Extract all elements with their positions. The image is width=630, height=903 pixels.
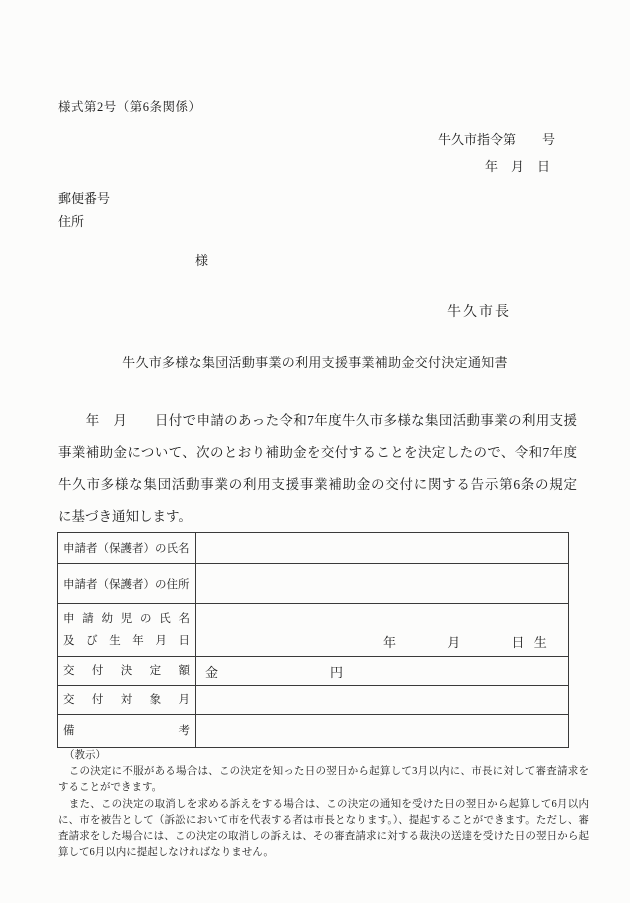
- note-line: この決定に不服がある場合は、この決定を知った日の翌日から起算して3月以内に、市長…: [58, 764, 589, 780]
- document-title: 牛久市多様な集団活動事業の利用支援事業補助金交付決定通知書: [0, 352, 630, 371]
- amount-prefix: 金: [205, 662, 218, 681]
- grant-table: 申請者（保護者）の氏名 申請者（保護者）の住所 申請幼児の氏名 及び生年月日 年…: [57, 532, 569, 748]
- body-line: 事業補助金について、次のとおり補助金を交付することを決定したので、令和7年度: [58, 437, 577, 469]
- table-row-child-name-dob: 申請幼児の氏名 及び生年月日 年 月 日 生: [58, 603, 568, 656]
- note-line: また、この決定の取消しを求める訴えをする場合は、この決定の通知を受けた日の翌日か…: [58, 797, 589, 813]
- amount-suffix: 円: [330, 662, 343, 681]
- row-label: 交付決定額: [58, 657, 196, 685]
- form-number: 様式第2号（第6条関係）: [58, 97, 202, 115]
- document-page: 様式第2号（第6条関係） 牛久市指令第 号 年 月 日 郵便番号 住所 様 牛久…: [0, 0, 630, 903]
- table-row-remarks: 備考: [58, 714, 568, 747]
- dob-month-label: 月: [447, 632, 460, 651]
- table-row-grant-amount: 交付決定額 金 円: [58, 656, 568, 685]
- body-paragraph: 年 月 日付で申請のあった令和7年度牛久市多様な集団活動事業の利用支援 事業補助…: [58, 405, 577, 533]
- applicant-address-field: [196, 564, 568, 603]
- grant-amount-field: 金 円: [196, 657, 568, 685]
- remarks-field: [196, 715, 568, 747]
- row-label: 申請者（保護者）の氏名: [58, 533, 196, 563]
- dob-year-label: 年: [383, 632, 396, 651]
- note-line: 算して6月以内に提起しなければなりません。: [58, 845, 589, 861]
- addressee-honorific: 様: [195, 250, 208, 269]
- body-line: 年 月 日付で申請のあった令和7年度牛久市多様な集団活動事業の利用支援: [58, 405, 577, 437]
- dob-birth-label: 生: [534, 632, 547, 651]
- directive-number: 牛久市指令第 号: [438, 129, 555, 148]
- note-line: 査請求をした場合には、この決定の取消しの訴えは、その審査請求に対する裁決の送達を…: [58, 829, 589, 845]
- applicant-name-field: [196, 533, 568, 563]
- note-line: することができます。: [58, 780, 589, 796]
- grant-months-field: [196, 686, 568, 714]
- dob-day-label: 日: [512, 632, 525, 651]
- table-row-grant-months: 交付対象月: [58, 685, 568, 714]
- postal-code-label: 郵便番号: [58, 188, 110, 207]
- note-heading: （教示）: [58, 748, 589, 764]
- row-label: 申請幼児の氏名 及び生年月日: [58, 604, 196, 656]
- row-label: 申請者（保護者）の住所: [58, 564, 196, 603]
- mayor-signature: 牛久市長: [447, 301, 511, 321]
- appeal-instructions: （教示） この決定に不服がある場合は、この決定を知った日の翌日から起算して3月以…: [58, 748, 589, 862]
- note-line: に、市を被告として（訴訟において市を代表する者は市長となります。）、提起すること…: [58, 813, 589, 829]
- row-label: 備考: [58, 715, 196, 747]
- body-line: 牛久市多様な集団活動事業の利用支援事業補助金の交付に関する告示第6条の規定: [58, 469, 577, 501]
- issue-date: 年 月 日: [485, 156, 550, 175]
- child-dob-field: 年 月 日 生: [196, 604, 568, 656]
- table-row-applicant-address: 申請者（保護者）の住所: [58, 563, 568, 603]
- row-label: 交付対象月: [58, 686, 196, 714]
- dob-blank-line: 年 月 日 生: [196, 632, 547, 651]
- body-line: に基づき通知します。: [58, 501, 577, 533]
- table-row-applicant-name: 申請者（保護者）の氏名: [58, 533, 568, 563]
- address-label: 住所: [58, 211, 84, 230]
